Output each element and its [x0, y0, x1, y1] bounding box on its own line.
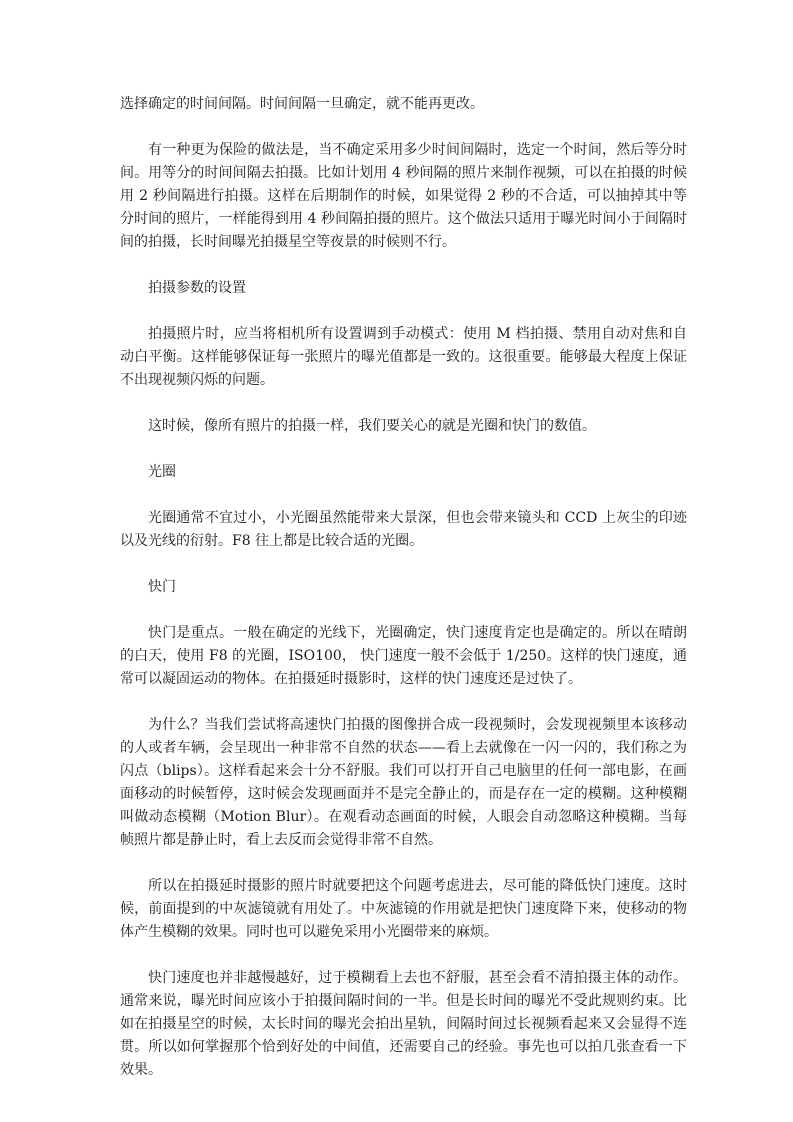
paragraph-manual-mode: 拍摄照片时，应当将相机所有设置调到手动模式：使用 M 档拍摄、禁用自动对焦和自动… — [120, 323, 687, 392]
paragraph-shutter-key: 快门是重点。一般在确定的光线下，光圈确定，快门速度肯定也是确定的。所以在晴朗的白… — [120, 622, 687, 691]
section-heading-shooting-parameters: 拍摄参数的设置 — [120, 277, 687, 300]
paragraph-aperture: 光圈通常不宜过小，小光圈虽然能带来大景深，但也会带来镜头和 CCD 上灰尘的印迹… — [120, 507, 687, 553]
document-page: 选择确定的时间间隔。时间间隔一旦确定，就不能再更改。 有一种更为保险的做法是，当… — [120, 93, 687, 1105]
section-heading-aperture: 光圈 — [120, 461, 687, 484]
section-heading-shutter: 快门 — [120, 576, 687, 599]
paragraph-continuation: 选择确定的时间间隔。时间间隔一旦确定，就不能再更改。 — [120, 93, 687, 116]
paragraph-shutter-speed-balance: 快门速度也并非越慢越好，过于模糊看上去也不舒服，甚至会看不清拍摄主体的动作。通常… — [120, 967, 687, 1082]
paragraph-nd-filter: 所以在拍摄延时摄影的照片时就要把这个问题考虑进去，尽可能的降低快门速度。这时候，… — [120, 875, 687, 944]
paragraph-aperture-shutter-intro: 这时候，像所有照片的拍摄一样，我们要关心的就是光圈和快门的数值。 — [120, 415, 687, 438]
paragraph-safe-interval-method: 有一种更为保险的做法是，当不确定采用多少时间间隔时，选定一个时间，然后等分时间。… — [120, 139, 687, 254]
paragraph-motion-blur: 为什么？当我们尝试将高速快门拍摄的图像拼合成一段视频时，会发现视频里本该移动的人… — [120, 714, 687, 852]
